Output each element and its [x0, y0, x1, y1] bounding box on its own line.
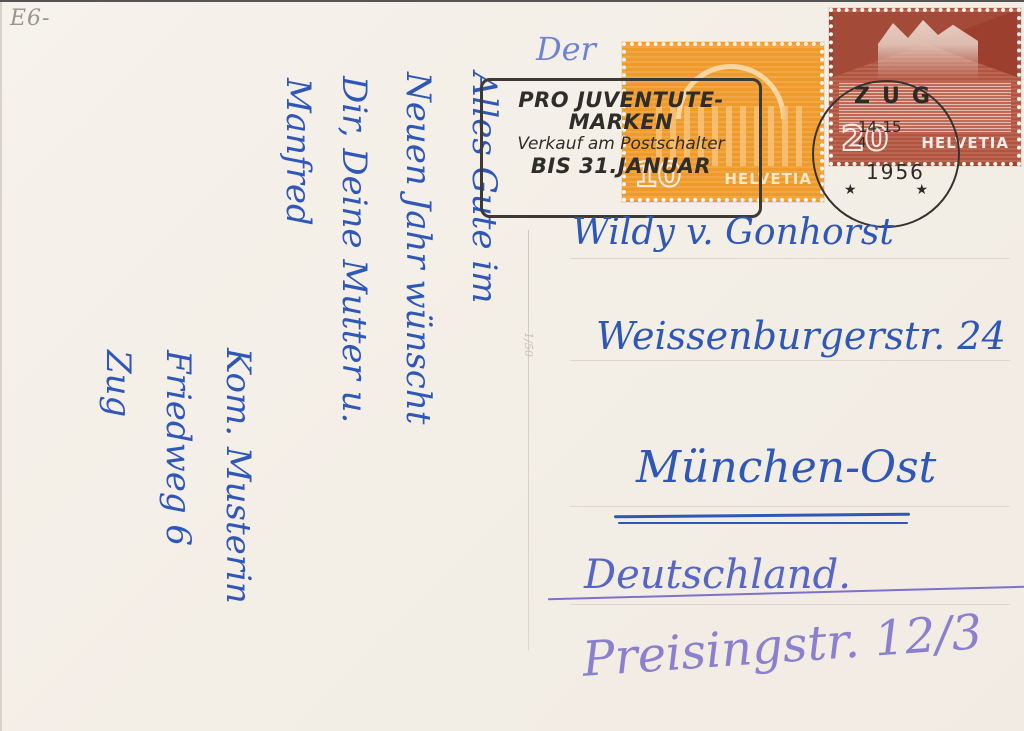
divider-pencil-mark: 1/50 — [522, 332, 535, 357]
postmark-day: 4 — [858, 136, 866, 151]
postmark-year: 1956 — [866, 160, 925, 184]
recipient-name: Wildy v. Gonhorst — [572, 212, 894, 253]
city-underline — [618, 522, 908, 524]
sender-town: Zug — [98, 350, 138, 417]
star-icon: ★ — [844, 182, 857, 198]
address-guide-line — [570, 604, 1010, 605]
address-divider-line — [528, 230, 529, 650]
message-line-2: Neuen Jahr wünscht — [398, 72, 438, 424]
forwarding-address: Preisingstr. 12/3 — [581, 604, 984, 688]
slogan-line-1: PRO JUVENTUTE- — [483, 89, 759, 111]
postcard-back: E6- Alles Gute im Neuen Jahr wünscht Dir… — [0, 0, 1024, 731]
address-guide-line — [570, 258, 1010, 259]
postmark-town: ZUG — [854, 84, 942, 109]
slogan-line-2: MARKEN — [483, 111, 759, 133]
address-salutation: Der — [536, 30, 596, 68]
star-icon: ★ — [915, 182, 928, 198]
mountain-peaks-icon — [878, 20, 978, 80]
pencil-reference-note: E6- — [10, 6, 51, 31]
address-guide-line — [570, 360, 1010, 361]
recipient-city: München-Ost — [636, 442, 936, 493]
city-underline — [614, 513, 910, 519]
message-line-3: Dir, Deine Mutter u. — [334, 76, 374, 423]
sender-name: Kom. Musterin — [218, 348, 258, 604]
slogan-cancellation: PRO JUVENTUTE- MARKEN Verkauf am Postsch… — [480, 78, 762, 218]
round-postmark: ZUG 14-15 4 1956 ★ ★ — [812, 80, 960, 228]
message-signature: Manfred — [278, 78, 318, 226]
recipient-street: Weissenburgerstr. 24 — [596, 314, 1006, 358]
slogan-line-4: BIS 31.JANUAR — [483, 155, 759, 177]
address-guide-line — [570, 506, 1010, 507]
slogan-line-3: Verkauf am Postschalter — [483, 133, 759, 155]
postmark-time: 14-15 — [858, 118, 902, 136]
sender-street: Friedweg 6 — [158, 350, 198, 546]
